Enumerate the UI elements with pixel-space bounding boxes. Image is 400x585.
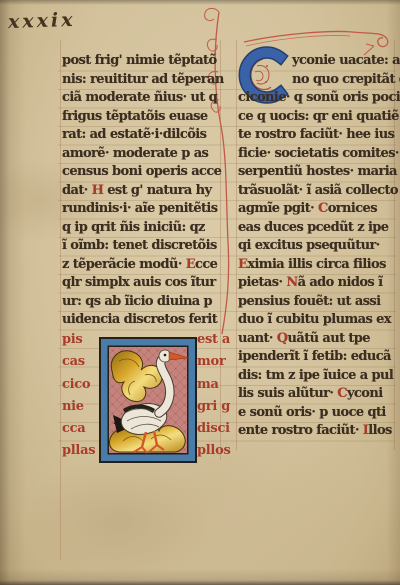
manuscript-page: xxxix: [0, 0, 400, 585]
text-line: ciconie· q sonũ oris poci: [238, 89, 396, 108]
text-line: z tẽperãcie modũ· Ecce: [62, 256, 222, 275]
rubric-right-fragment: disci: [197, 421, 230, 436]
rubric-right-fragment: mor: [197, 354, 225, 369]
text-run: est g' natura hy: [103, 183, 211, 198]
text-line: dat· H est g' natura hy: [62, 182, 222, 201]
folio-number: xxxix: [8, 9, 76, 33]
text-column-left: post frig' nimie tẽptatõnis: reuititur a…: [62, 52, 222, 330]
text-line: no quo crepitãt qĩa: [238, 71, 396, 90]
text-run: eas duces pcedũt z ipe: [238, 220, 388, 235]
rubric-right-fragment: gri g: [197, 399, 230, 414]
text-line: ente rostro faciũt· Illos: [238, 422, 396, 441]
text-line: trãsuolãt· ĩ asiã collecto: [238, 182, 396, 201]
text-run: cce: [195, 257, 217, 272]
text-run: q ip qrit ñis iniciũ: qz: [62, 220, 205, 235]
rubricated-initial: C: [337, 386, 347, 401]
text-line: amorẽ· moderate p as: [62, 145, 222, 164]
text-line: rundinis·i· aĩe penitẽtis: [62, 200, 222, 219]
text-run: qi excitus psequũtur·: [238, 238, 380, 253]
text-run: amorẽ· moderate p as: [62, 146, 208, 161]
text-line: ficie· societatis comites·: [238, 145, 396, 164]
text-run: qlr simplx auis cos ĩtur: [62, 275, 216, 290]
text-run: uãtũ aut tpe: [288, 331, 370, 346]
text-line: yconie uacate: a so: [238, 52, 396, 71]
rubric-right-fragment: ma: [197, 377, 219, 392]
text-line: frigus tẽptatõis euase: [62, 108, 222, 127]
text-run: ã ado nidos ĩ: [298, 275, 383, 290]
text-run: nis: reuititur ad tẽperan: [62, 72, 224, 87]
ruling-vertical: [60, 40, 61, 560]
text-run: trãsuolãt· ĩ asiã collecto: [238, 183, 398, 198]
text-column-right-lines: yconie uacate: a sono quo crepitãt qĩaci…: [238, 52, 396, 441]
text-run: dat·: [62, 183, 92, 198]
text-line: te rostro faciũt· hee ius: [238, 126, 396, 145]
text-line: lis suis alũtur· Cyconi: [238, 385, 396, 404]
text-line: ipenderĩt ĩ fetib: educã: [238, 348, 396, 367]
text-run: uant·: [238, 331, 277, 346]
text-line: ce q uocis: qr eni quatiẽ: [238, 108, 396, 127]
text-run: serpentiũ hostes· maria: [238, 164, 397, 179]
text-run: rundinis·i· aĩe penitẽtis: [62, 201, 217, 216]
text-line: agmĩe pgit· Cornices: [238, 200, 396, 219]
text-run: ficie· societatis comites·: [238, 146, 399, 161]
text-run: ximia illis circa filios: [247, 257, 386, 272]
text-run: ce q uocis: qr eni quatiẽ: [238, 109, 399, 124]
text-run: llos: [368, 423, 391, 438]
text-line: pensius fouẽt: ut assi: [238, 293, 396, 312]
text-run: dis: tm z ipe ĩuice a pul: [238, 368, 393, 383]
text-line: eas duces pcedũt z ipe: [238, 219, 396, 238]
text-run: no quo crepitãt qĩa: [292, 72, 400, 87]
rubricated-initial: N: [286, 275, 297, 290]
rubricated-initial: C: [318, 201, 328, 216]
rubricated-initial: E: [186, 257, 195, 272]
text-line: q ip qrit ñis iniciũ: qz: [62, 219, 222, 238]
text-line: census boni operis acce: [62, 163, 222, 182]
text-line: qlr simplx auis cos ĩtur: [62, 274, 222, 293]
text-line: serpentiũ hostes· maria: [238, 163, 396, 182]
text-run: te rostro faciũt· hee ius: [238, 127, 394, 142]
text-run: duo ĩ cubitu plumas ex: [238, 312, 391, 327]
stork-miniature-art: [99, 337, 197, 463]
text-line: qi excitus psequũtur·: [238, 237, 396, 256]
text-run: agmĩe pgit·: [238, 201, 318, 216]
text-run: ornices: [328, 201, 377, 216]
text-line: pietas· Nã ado nidos ĩ: [238, 274, 396, 293]
text-line: ĩ oĩmb: tenet discretõis: [62, 237, 222, 256]
text-run: ĩ oĩmb: tenet discretõis: [62, 238, 217, 253]
text-run: census boni operis acce: [62, 164, 221, 179]
text-run: post frig' nimie tẽptatõ: [62, 53, 217, 68]
text-line: rat: ad estatẽ·i·dilcõis: [62, 126, 222, 145]
text-line: Eximia illis circa filios: [238, 256, 396, 275]
text-line: ur: qs ab ĩicio diuina p: [62, 293, 222, 312]
stork-eye: [164, 354, 167, 357]
text-line: uant· Quãtũ aut tpe: [238, 330, 396, 349]
text-run: lis suis alũtur·: [238, 386, 337, 401]
text-line: nis: reuititur ad tẽperan: [62, 71, 222, 90]
text-run: e sonũ oris· p uoce qti: [238, 405, 386, 420]
text-line: post frig' nimie tẽptatõ: [62, 52, 222, 71]
rubricated-initial: Q: [277, 331, 288, 346]
text-line: ciã moderate ñius· ut q: [62, 89, 222, 108]
text-run: rat: ad estatẽ·i·dilcõis: [62, 127, 206, 142]
text-run: z tẽperãcie modũ·: [62, 257, 186, 272]
text-run: ciconie· q sonũ oris poci: [238, 90, 400, 105]
text-line: e sonũ oris· p uoce qti: [238, 404, 396, 423]
text-run: ente rostro faciũt·: [238, 423, 363, 438]
text-run: yconie uacate: a so: [292, 53, 400, 68]
text-run: ur: qs ab ĩicio diuina p: [62, 294, 212, 309]
text-run: pietas·: [238, 275, 286, 290]
rubricated-initial: H: [92, 183, 104, 198]
text-line: duo ĩ cubitu plumas ex: [238, 311, 396, 330]
text-line: uidencia discretos ferit: [62, 311, 222, 330]
text-run: uidencia discretos ferit: [62, 312, 217, 327]
stork-miniature: [99, 337, 197, 463]
rubric-right-fragment: pllos: [197, 443, 230, 458]
text-run: frigus tẽptatõis euase: [62, 109, 208, 124]
text-run: yconi: [347, 386, 383, 401]
text-run: ciã moderate ñius· ut q: [62, 90, 217, 105]
text-line: dis: tm z ipe ĩuice a pul: [238, 367, 396, 386]
text-run: pensius fouẽt: ut assi: [238, 294, 380, 309]
rubric-right-fragment: est a: [197, 332, 230, 347]
rubricated-initial: E: [238, 257, 247, 272]
text-column-right: yconie uacate: a sono quo crepitãt qĩaci…: [238, 52, 396, 441]
text-run: ipenderĩt ĩ fetib: educã: [238, 349, 391, 364]
